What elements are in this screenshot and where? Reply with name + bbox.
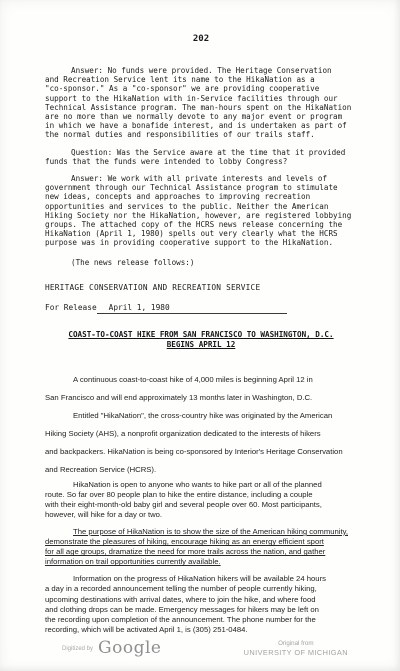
news-release-section: HERITAGE CONSERVATION AND RECREATION SER…: [45, 283, 357, 635]
hearing-transcript-section: Answer: No funds were provided. The Heri…: [45, 66, 357, 267]
digitized-by-label: Digitized by: [62, 646, 93, 652]
original-from-label: Original from: [244, 640, 348, 647]
answer-paragraph-lobbying: Answer: We work with all private interes…: [45, 174, 357, 248]
release-paragraph-recording-info: Information on the progress of HikaNatio…: [45, 574, 357, 635]
release-paragraph-purpose: The purpose of HikaNation is to show the…: [45, 527, 357, 567]
release-paragraph-origin: Entitled "HikaNation", the cross-country…: [45, 407, 357, 478]
release-date-field: April 1, 1980: [97, 303, 287, 314]
for-release-label: For Release: [45, 303, 97, 312]
headline-line2: BEGINS APRIL 12: [167, 340, 236, 349]
answer-paragraph-funds: Answer: No funds were provided. The Heri…: [45, 66, 357, 140]
headline-line1: COAST-TO-COAST HIKE FROM SAN FRANCISCO T…: [68, 330, 333, 339]
original-from-block: Original from UNIVERSITY OF MICHIGAN: [244, 640, 348, 657]
release-paragraph-participants: HikaNation is open to anyone who wants t…: [45, 480, 357, 520]
institution-name: UNIVERSITY OF MICHIGAN: [244, 648, 348, 657]
news-release-headline: COAST-TO-COAST HIKE FROM SAN FRANCISCO T…: [45, 330, 357, 351]
release-date: April 1, 1980: [109, 303, 170, 312]
release-paragraph-hike-overview: A continuous coast-to-coast hike of 4,00…: [45, 371, 357, 407]
news-release-note: (The news release follows:): [45, 258, 357, 267]
scanned-document-page: 202 Answer: No funds were provided. The …: [0, 0, 400, 671]
question-paragraph: Question: Was the Service aware at the t…: [45, 148, 357, 166]
agency-name-heading: HERITAGE CONSERVATION AND RECREATION SER…: [45, 283, 357, 292]
digitized-by-block: Digitized by Google: [62, 640, 161, 657]
google-logo: Google: [98, 640, 161, 657]
page-number: 202: [45, 34, 357, 44]
digitization-footer: Digitized by Google Original from UNIVER…: [0, 640, 400, 657]
for-release-line: For ReleaseApril 1, 1980: [45, 303, 357, 314]
